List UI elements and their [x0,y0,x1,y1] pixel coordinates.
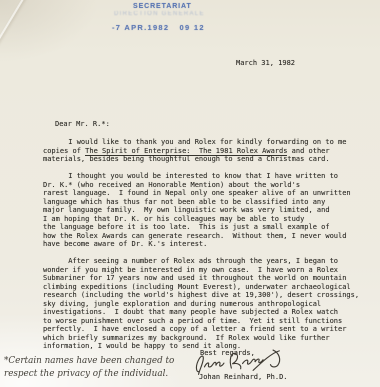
footnote-line: respect the privacy of the individual. [4,368,174,381]
salutation: Dear Mr. R.*: [55,120,110,129]
letter-date: March 31, 1982 [236,59,295,68]
line-post-text: and other [287,147,329,155]
letter-line: research (including the world's highest … [43,291,359,300]
letter-line: sky diving, jungle exploration and durin… [43,300,359,309]
letter-line: wonder if you might be interested in my … [43,266,359,275]
letter-line: climbing expeditions (including Mount Ev… [43,283,359,292]
scanned-letter: SECRETARIAT DIRECTION GENERALE -7 APR.19… [0,0,380,387]
stamp-title: SECRETARIAT [133,3,205,10]
footnote-line: *Certain names have been changed to [4,355,174,368]
letter-line: rarest language. I found in Nepal only o… [43,189,351,198]
paragraph-thanks: I would like to thank you and Rolex for … [43,138,346,164]
letter-line: materials, besides being thoughtful enou… [43,155,346,164]
line-pre-text: copies of [43,147,85,155]
letter-line: Dr. K.* (who received an Honorable Menti… [43,181,351,190]
paragraph-rarest-language: I thought you would be interested to kno… [43,172,351,249]
letter-line: After seeing a number of Rolex ads throu… [43,257,359,266]
letter-line: the language before it is too late. This… [43,223,351,232]
stamp-subtitle-faded: DIRECTION GENERALE [114,11,205,17]
letter-line: Submariner for 17 years now and used it … [43,274,359,283]
letter-line: to worse punishment over such a period o… [43,317,359,326]
letter-line: major language family. My own linguistic… [43,206,351,215]
paragraph-rolex-submariner: After seeing a number of Rolex ads throu… [43,257,359,351]
secretariat-receipt-stamp: SECRETARIAT DIRECTION GENERALE -7 APR.19… [112,3,205,32]
letter-line-with-underline: copies of The Spirit of Enterprise: The … [43,147,346,156]
privacy-footnote: *Certain names have been changed to resp… [4,355,174,382]
letter-line: I would like to thank you and Rolex for … [43,138,346,147]
letter-line: I am hoping that Dr. K. or his colleague… [43,215,351,224]
typed-signature-name: Johan Reinhard, Ph.D. [199,373,288,382]
letter-line: investigations. I doubt that many people… [43,308,359,317]
letter-line: have become aware of Dr. K.'s interest. [43,240,351,249]
stamp-date-time: -7 APR.1982 09 12 [112,23,205,32]
letter-line: I thought you would be interested to kno… [43,172,351,181]
letter-line: how the Rolex Awards can generate resear… [43,232,351,241]
letter-line: perfectly. I have enclosed a copy of a l… [43,325,359,334]
letter-line: language which has thus far not been abl… [43,198,351,207]
paper-crease [0,0,28,89]
letter-line: which briefly summarizes my background. … [43,334,359,343]
